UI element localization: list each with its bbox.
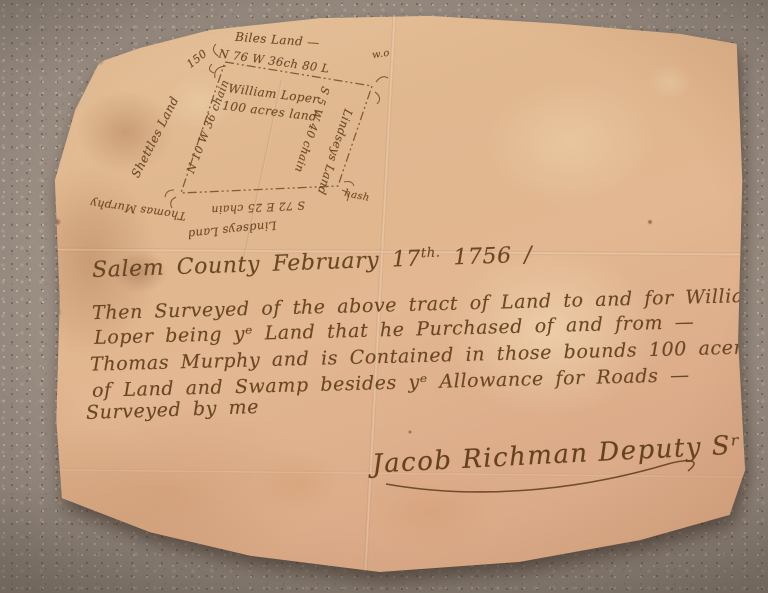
plat-bearing-top-label: N 76 W 36ch 80 L [218,46,359,79]
plat-neighbor-bottom-label: Lindseys Land [182,218,283,242]
photo-scene: Biles Land — N 76 W 36ch 80 L William Lo… [0,0,768,593]
plat-corner-mark-bottom-left [165,190,176,208]
dateline-year: 1756 / [453,243,533,271]
plat-neighbor-left-label: Shettles Land [124,85,186,189]
plat-corner-mark-top-right [375,77,388,104]
dateline: Salem County February 17th. 1756 / [92,242,533,283]
plat-neighbor-bottom-left-label: Thomas Murphy [88,196,189,223]
dateline-ordinal: th. [421,246,441,262]
surveyor-signature: Jacob Richman Deputy Sʳ [371,430,742,479]
plat-bearing-left-label: N 10 W 36 chain [184,77,232,175]
body-line-6: Surveyed by me [86,396,260,424]
vertical-fold-crease [363,12,396,571]
plat-corner-tree-label-top-right: w.o [371,46,402,61]
dateline-place: Salem County February 17 [92,247,422,283]
survey-document-paper: Biles Land — N 76 W 36ch 80 L William Lo… [50,12,750,572]
plat-bearing-bottom-label: S 72 E 25 chain [208,198,309,216]
plat-corner-tree-label-bottom-right: hash [343,188,384,207]
plat-corner-distance-label: 150 [184,42,216,71]
document-shadow: Biles Land — N 76 W 36ch 80 L William Lo… [50,12,750,572]
plat-neighbor-top-label: Biles Land — [235,30,356,52]
